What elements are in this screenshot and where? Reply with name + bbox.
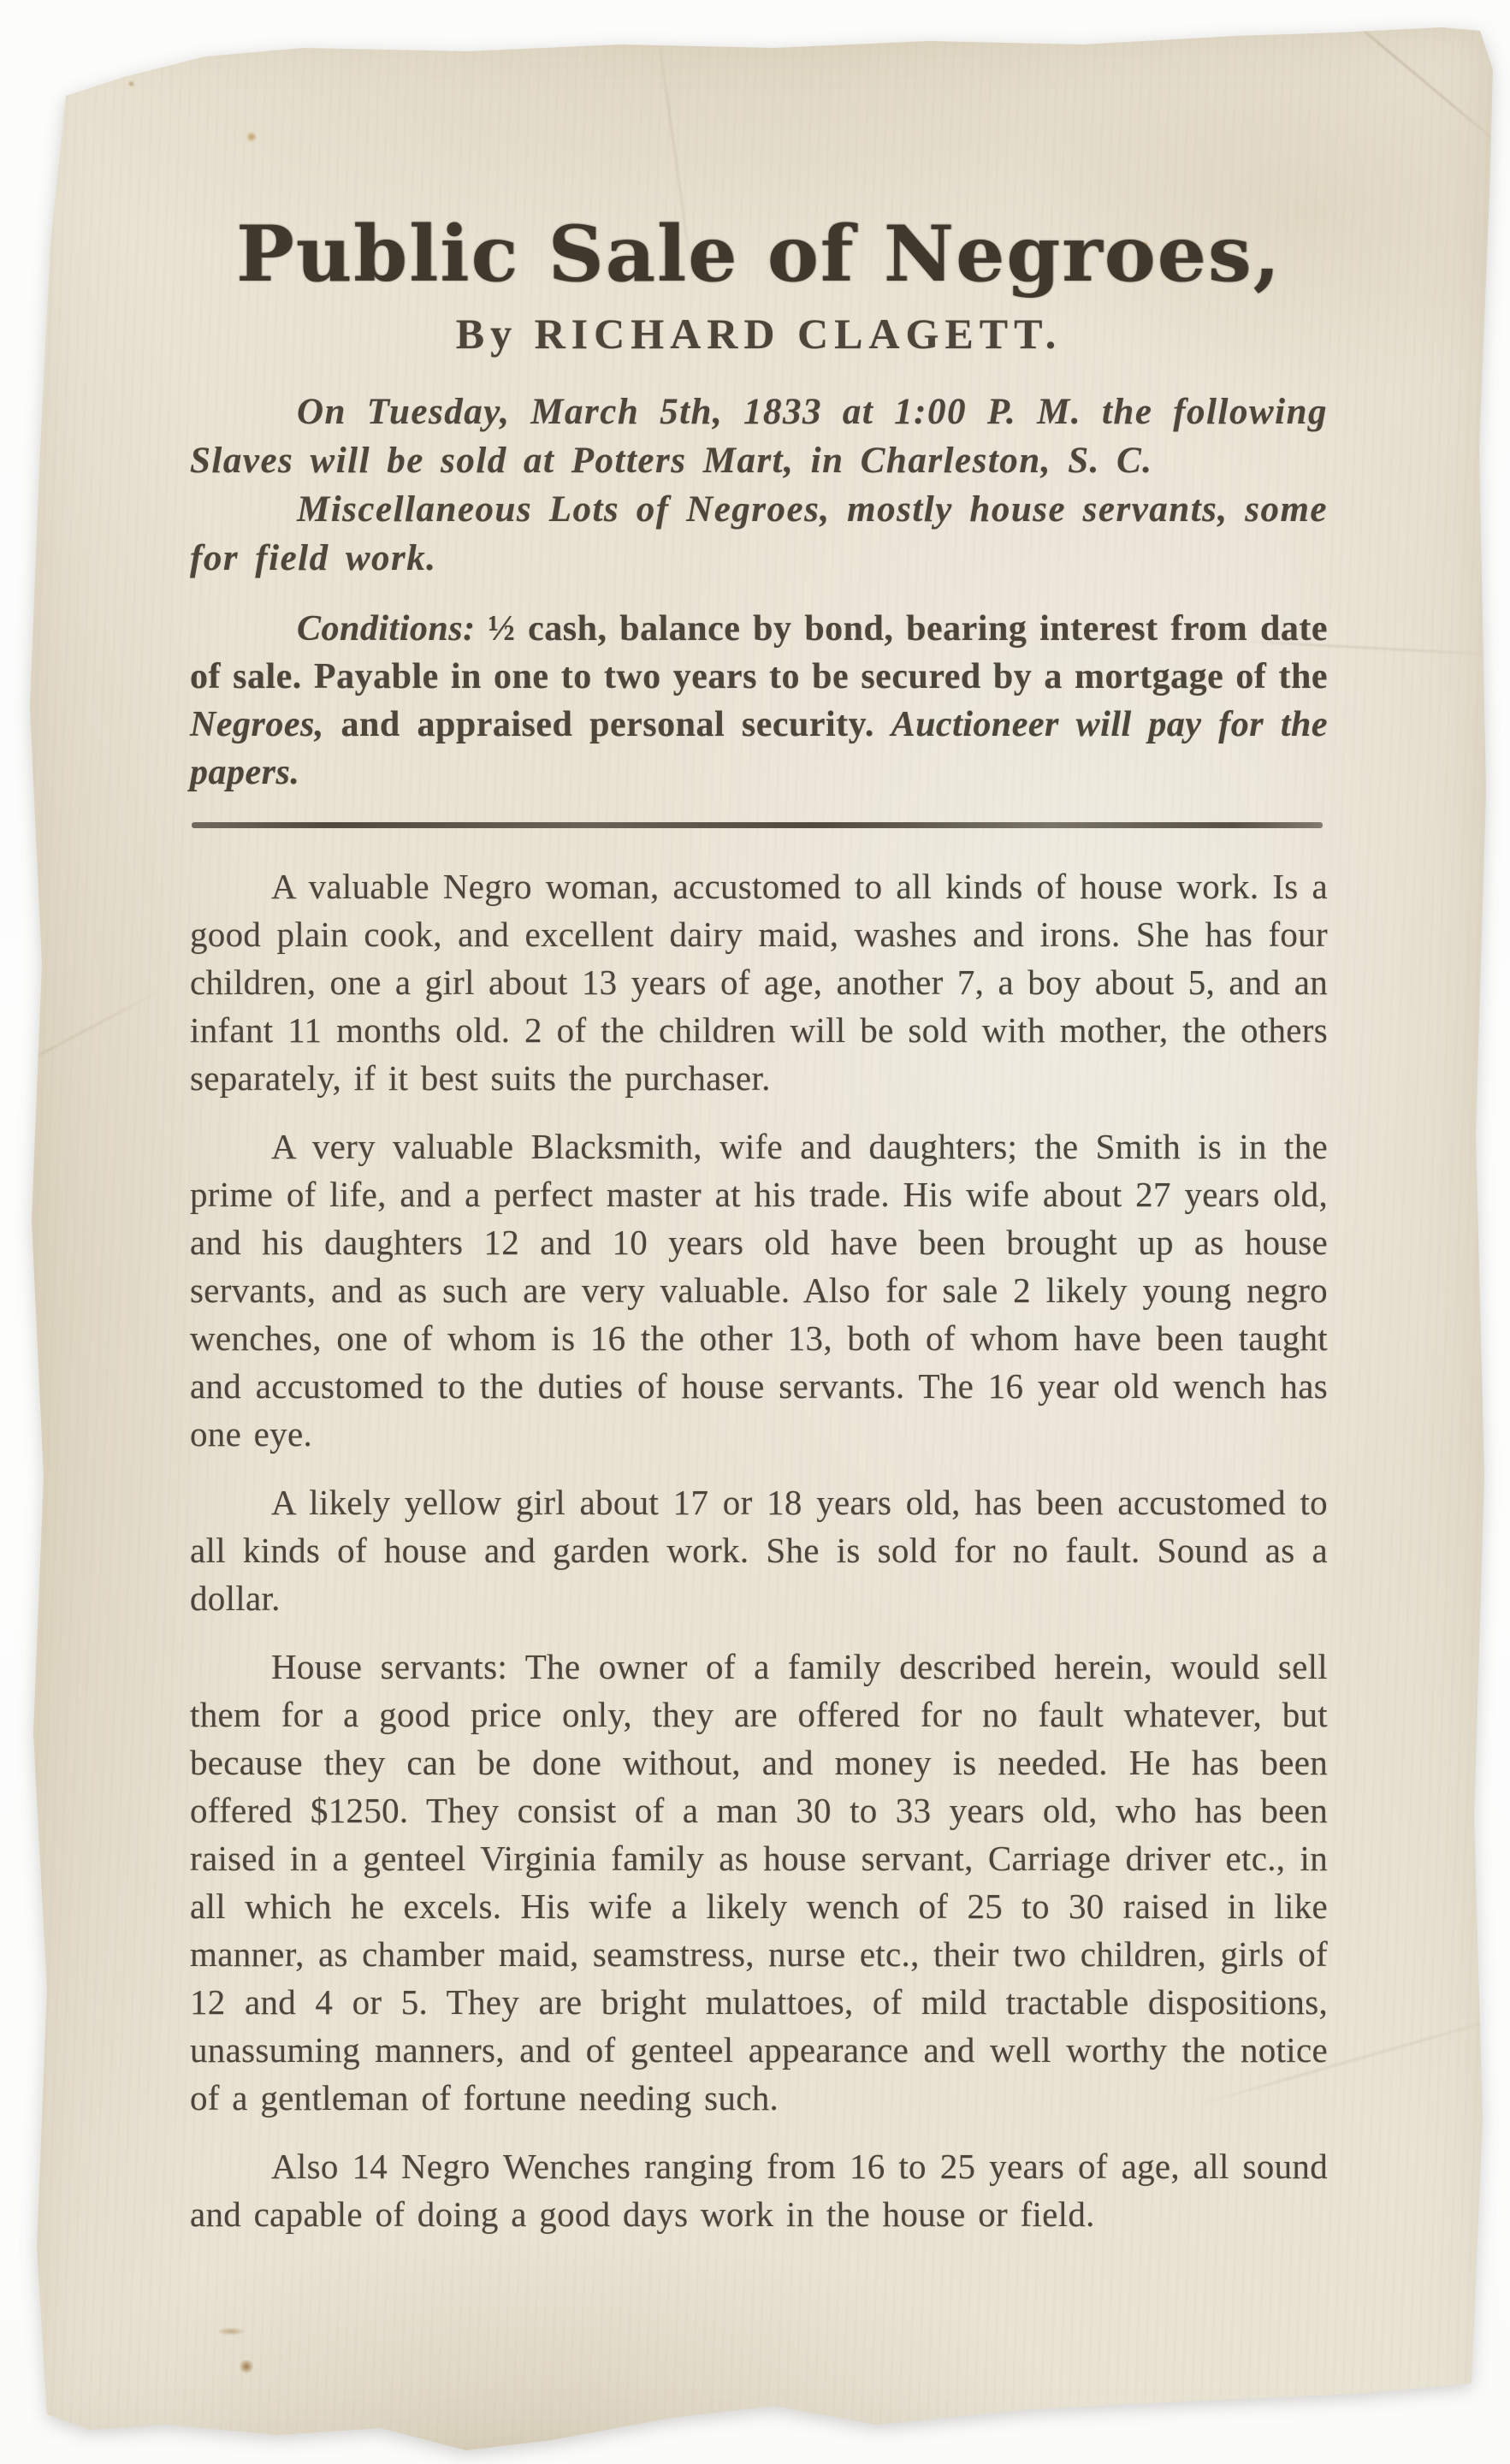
conditions-emphasis-negroes: Negroes, [190, 705, 324, 744]
lot-paragraph: A valuable Negro woman, accustomed to al… [190, 862, 1328, 1102]
stain-mark [216, 2327, 246, 2336]
broadside-shadow: Public Sale of Negroes, By RICHARD CLAGE… [21, 22, 1495, 2455]
sale-notice-line-1: On Tuesday, March 5th, 1833 at 1:00 P. M… [190, 388, 1328, 485]
divider-rule [192, 822, 1323, 828]
lot-paragraph: A likely yellow girl about 17 or 18 year… [190, 1478, 1328, 1622]
broadside-content: Public Sale of Negroes, By RICHARD CLAGE… [21, 22, 1495, 2259]
lot-paragraph: House servants: The owner of a family de… [190, 1643, 1328, 2122]
conditions-label: Conditions: [297, 609, 476, 649]
sale-notice-line-2: Miscellaneous Lots of Negroes, mostly ho… [190, 485, 1328, 583]
scan-background: Public Sale of Negroes, By RICHARD CLAGE… [0, 0, 1510, 2464]
conditions-text-b: and appraised personal security. [324, 705, 891, 744]
lot-descriptions: A valuable Negro woman, accustomed to al… [190, 862, 1328, 2238]
byline: By RICHARD CLAGETT. [190, 309, 1328, 358]
page-title: Public Sale of Negroes, [190, 212, 1328, 297]
stain-mark [239, 2360, 254, 2373]
lot-paragraph: A very valuable Blacksmith, wife and dau… [190, 1122, 1328, 1458]
conditions-paragraph: Conditions: ½ cash, balance by bond, bea… [190, 605, 1328, 797]
broadside-paper: Public Sale of Negroes, By RICHARD CLAGE… [21, 22, 1495, 2455]
lot-paragraph: Also 14 Negro Wenches ranging from 16 to… [190, 2142, 1328, 2238]
